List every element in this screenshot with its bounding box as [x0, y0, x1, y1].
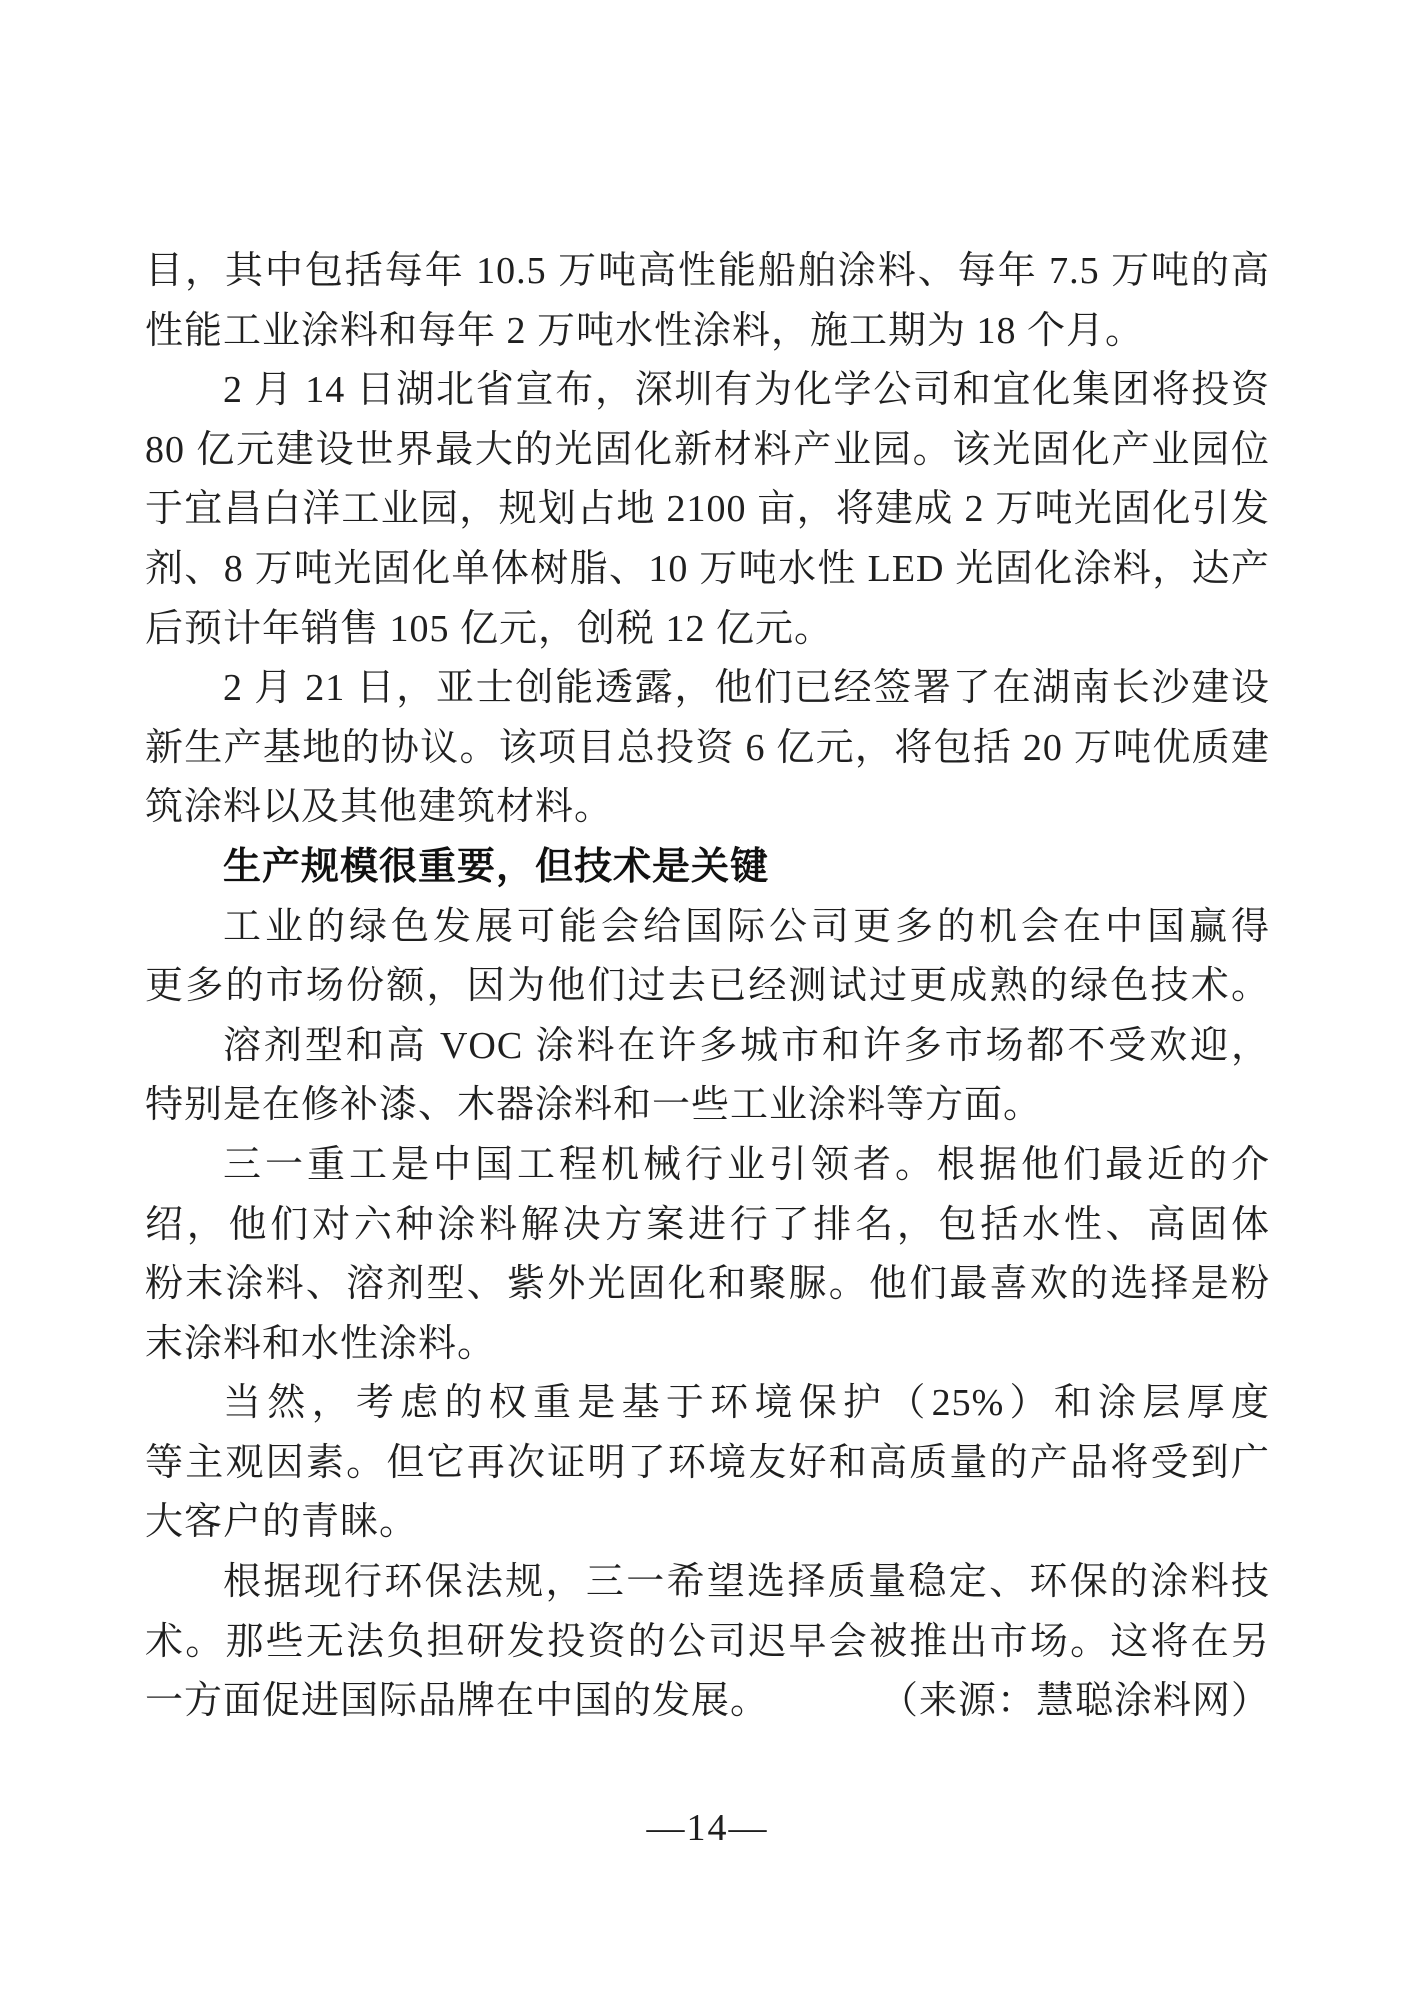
text-line: 当然，考虑的权重是基于环境保护（25%）和涂层厚度（20%） [145, 1374, 1270, 1434]
document-page: 目，其中包括每年 10.5 万吨高性能船舶涂料、每年 7.5 万吨的高性能工业涂… [0, 0, 1415, 2000]
text-line: 大客户的青睐。 [145, 1493, 1270, 1553]
text-line: 一方面促进国际品牌在中国的发展。（来源：慧聪涂料网） [145, 1672, 1270, 1732]
source-label: （来源：慧聪涂料网） [880, 1672, 1270, 1732]
text-line: 筑涂料以及其他建筑材料。 [145, 778, 1270, 838]
text-line: 根据现行环保法规，三一希望选择质量稳定、环保的涂料技 [145, 1553, 1270, 1613]
text-line: 80 亿元建设世界最大的光固化新材料产业园。该光固化产业园位 [145, 421, 1270, 481]
text-line: 绍，他们对六种涂料解决方案进行了排名，包括水性、高固体份、 [145, 1196, 1270, 1256]
text-line: 更多的市场份额，因为他们过去已经测试过更成熟的绿色技术。 [145, 957, 1270, 1017]
text-line: 粉末涂料、溶剂型、紫外光固化和聚脲。他们最喜欢的选择是粉 [145, 1255, 1270, 1315]
text-line: 特别是在修补漆、木器涂料和一些工业涂料等方面。 [145, 1076, 1270, 1136]
text-line: 溶剂型和高 VOC 涂料在许多城市和许多市场都不受欢迎， [145, 1017, 1270, 1077]
text-line: 末涂料和水性涂料。 [145, 1315, 1270, 1375]
text-line: 术。那些无法负担研发投资的公司迟早会被推出市场。这将在另 [145, 1613, 1270, 1673]
text-line: 性能工业涂料和每年 2 万吨水性涂料，施工期为 18 个月。 [145, 302, 1270, 362]
text-line: 2 月 14 日湖北省宣布，深圳有为化学公司和宜化集团将投资 [145, 361, 1270, 421]
text-line: 后预计年销售 105 亿元，创税 12 亿元。 [145, 600, 1270, 660]
text-line: 新生产基地的协议。该项目总投资 6 亿元，将包括 20 万吨优质建 [145, 719, 1270, 779]
text-line: 于宜昌白洋工业园，规划占地 2100 亩，将建成 2 万吨光固化引发 [145, 480, 1270, 540]
text-line: 三一重工是中国工程机械行业引领者。根据他们最近的介 [145, 1136, 1270, 1196]
document-body: 目，其中包括每年 10.5 万吨高性能船舶涂料、每年 7.5 万吨的高性能工业涂… [145, 242, 1270, 1732]
text-line: 工业的绿色发展可能会给国际公司更多的机会在中国赢得 [145, 898, 1270, 958]
page-number: —14— [0, 1806, 1415, 1850]
text-line-main: 一方面促进国际品牌在中国的发展。 [145, 1672, 769, 1732]
text-line: 等主观因素。但它再次证明了环境友好和高质量的产品将受到广 [145, 1434, 1270, 1494]
text-line: 2 月 21 日，亚士创能透露，他们已经签署了在湖南长沙建设 [145, 659, 1270, 719]
text-line: 剂、8 万吨光固化单体树脂、10 万吨水性 LED 光固化涂料，达产 [145, 540, 1270, 600]
section-heading: 生产规模很重要，但技术是关键 [145, 838, 1270, 898]
text-line: 目，其中包括每年 10.5 万吨高性能船舶涂料、每年 7.5 万吨的高 [145, 242, 1270, 302]
